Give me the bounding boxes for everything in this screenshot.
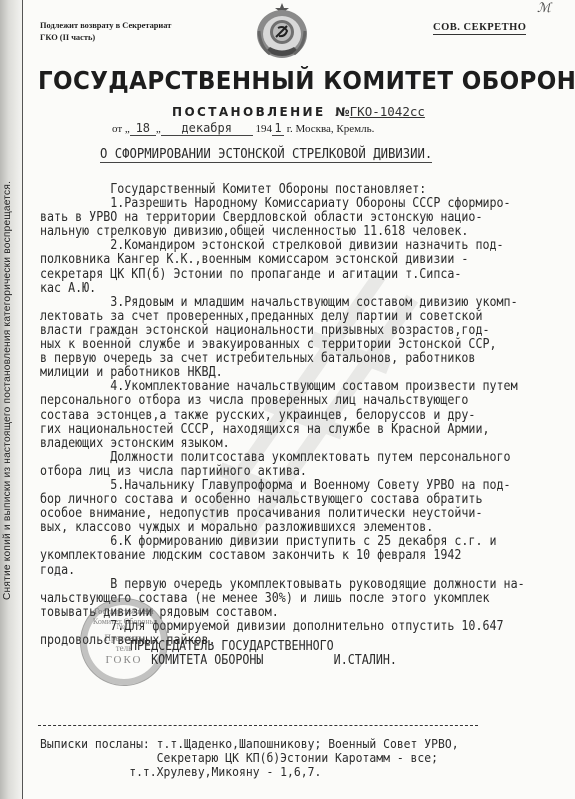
body-line: гих национальностей СССР, находящихся на… bbox=[40, 423, 574, 437]
body-line: нальную стрелковую дивизию,общей численн… bbox=[40, 225, 574, 239]
signature-block: ПРЕДСЕДАТЕЛЬ ГОСУДАРСТВЕННОГО КОМИТЕТА О… bbox=[130, 640, 397, 668]
body-line: кас А.Ю. bbox=[40, 282, 574, 296]
date-prefix: от bbox=[112, 123, 122, 135]
distribution-list: Выписки посланы: т.т.Щаденко,Шапошникову… bbox=[40, 737, 459, 779]
body-line: 4.Укомплектование начальствующим составо… bbox=[40, 380, 574, 394]
body-line: 1.Разрешить Народному Комиссариату Оборо… bbox=[40, 197, 574, 211]
body-line: вать в УРВО на территории Свердловской о… bbox=[40, 211, 574, 225]
distribution-line-1: Выписки посланы: т.т.Щаденко,Шапошникову… bbox=[40, 737, 459, 751]
decree-subject-text: О СФОРМИРОВАНИИ ЭСТОНСКОЙ СТРЕЛКОВОЙ ДИВ… bbox=[100, 147, 432, 163]
body-line: 5.Начальнику Главупроформа и Военному Со… bbox=[40, 479, 574, 493]
decree-label: ПОСТАНОВЛЕНИЕ bbox=[172, 105, 326, 119]
return-note-line-1: Подлежит возврату в Секретариат bbox=[40, 20, 171, 32]
ussr-emblem-icon bbox=[254, 1, 310, 61]
body-line: Должности политсостава укомплектовать пу… bbox=[40, 451, 574, 465]
body-line: вых, классово чуждых и морально разложив… bbox=[40, 521, 574, 535]
body-line: 6.К формированию дивизии приступить с 25… bbox=[40, 535, 574, 549]
body-line: состава эстонцев,а также русских, украин… bbox=[40, 409, 574, 423]
body-line: лектовать за счет проверенных,преданных … bbox=[40, 310, 574, 324]
date-day: 18 bbox=[130, 122, 156, 136]
decree-subject: О СФОРМИРОВАНИИ ЭСТОНСКОЙ СТРЕЛКОВОЙ ДИВ… bbox=[100, 147, 432, 162]
date-year-suffix: 1 bbox=[272, 122, 284, 136]
distribution-line-2: Секретарю ЦК КП(б)Эстонии Каротамм - все… bbox=[40, 751, 459, 765]
body-line: Государственный Комитет Обороны постанов… bbox=[40, 183, 574, 197]
number-sign: № bbox=[335, 105, 349, 119]
signature-line-1: ПРЕДСЕДАТЕЛЬ ГОСУДАРСТВЕННОГО bbox=[130, 640, 397, 654]
return-note: Подлежит возврату в Секретариат ГКО (II … bbox=[40, 20, 171, 44]
body-line: бор личного состава и особенно начальств… bbox=[40, 493, 574, 507]
body-line: укомплектование людским составом закончи… bbox=[40, 549, 574, 563]
distribution-line-3: т.т.Хрулеву,Микояну - 1,6,7. bbox=[40, 765, 459, 779]
date-month: декабря bbox=[161, 122, 253, 136]
body-line: ных к военной службе и эвакуированных с … bbox=[40, 338, 574, 352]
decree-number: ГКО-1042сс bbox=[350, 104, 425, 119]
body-line: 3.Рядовым и младшим начальствующим соста… bbox=[40, 296, 574, 310]
body-line: владеющих эстонским языком. bbox=[40, 437, 574, 451]
decree-heading: ПОСТАНОВЛЕНИЕ №ГКО-1042сс bbox=[172, 101, 425, 120]
body-line: особое внимание, недопустив просачивания… bbox=[40, 507, 574, 521]
body-line: в первую очередь за счет истребительных … bbox=[40, 352, 574, 366]
divider bbox=[38, 725, 478, 726]
vertical-warning-note: Снятие копий и выписки из настоящего пос… bbox=[2, 181, 13, 600]
classification-label: СОВ. СЕКРЕТНО bbox=[433, 22, 526, 35]
date-line: от „18„декабря 1941 г. Москва, Кремль. bbox=[112, 122, 374, 136]
stamp-number: № 1 bbox=[81, 621, 167, 631]
date-place: г. Москва, Кремль. bbox=[287, 123, 375, 135]
page-title: ГОСУДАРСТВЕННЫЙ КОМИТЕТ ОБОРОНЫ bbox=[38, 66, 516, 95]
date-year-prefix: 194 bbox=[255, 123, 272, 135]
body-line: милиции и работников НКВД. bbox=[40, 366, 574, 380]
signature-line-2: КОМИТЕТА ОБОРОНЫ И.СТАЛИН. bbox=[130, 654, 397, 668]
body-line: персонального отбора из числа проверенны… bbox=[40, 394, 574, 408]
body-line: В первую очередь укомплектовывать руково… bbox=[40, 578, 574, 592]
margin-rule bbox=[22, 0, 23, 799]
body-line: 2.Командиром эстонской стрелковой дивизи… bbox=[40, 239, 574, 253]
body-line: отбора лиц из числа партийного актива. bbox=[40, 465, 574, 479]
return-note-line-2: ГКО (II часть) bbox=[40, 32, 171, 44]
body-line: секретаря ЦК КП(б) Эстонии по пропаганде… bbox=[40, 268, 574, 282]
body-line: года. bbox=[40, 564, 574, 578]
body-line: полковника Кангер К.К.,военным комиссаро… bbox=[40, 253, 574, 267]
body-line: власти граждан эстонской национальности … bbox=[40, 324, 574, 338]
decree-body: Государственный Комитет Обороны постанов… bbox=[40, 183, 574, 648]
document-page: Снятие копий и выписки из настоящего пос… bbox=[0, 0, 575, 799]
archive-handwritten-mark: ℳ bbox=[537, 0, 551, 16]
